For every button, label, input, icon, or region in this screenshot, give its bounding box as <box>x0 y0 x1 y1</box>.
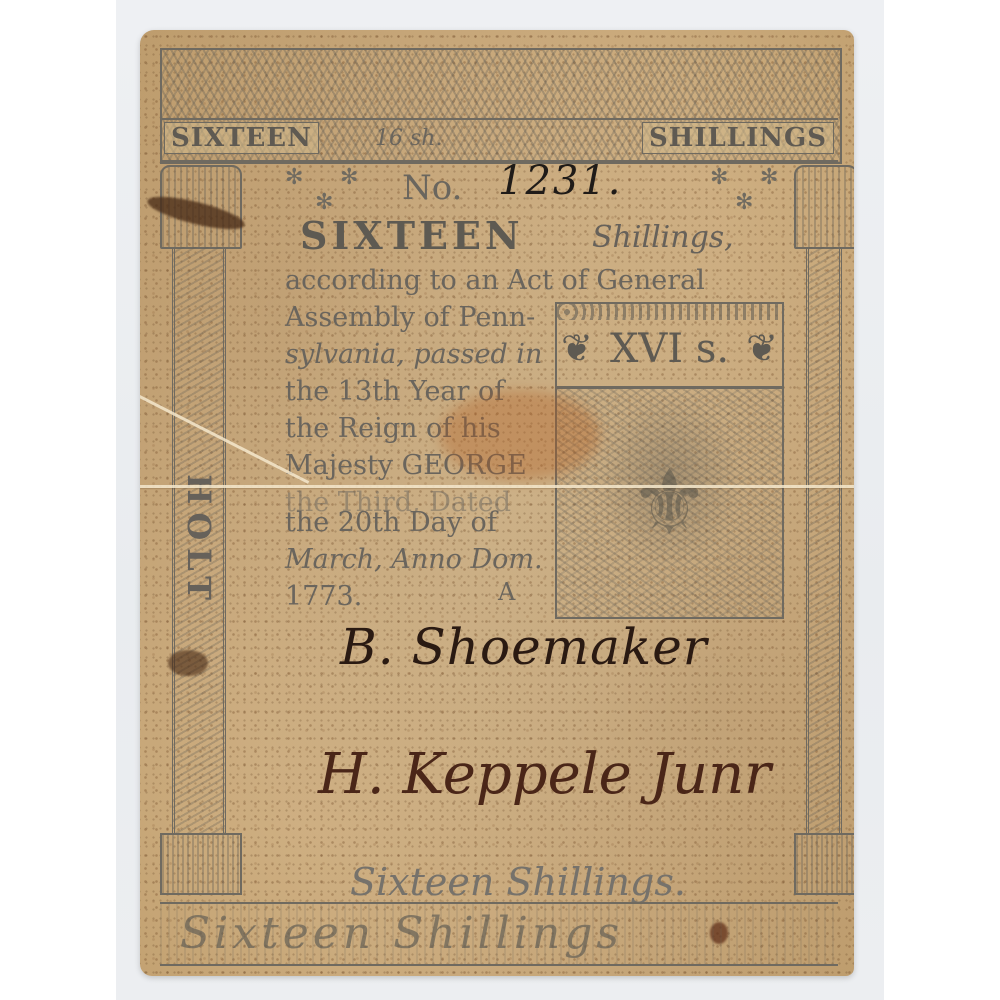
star-ornament-icon: ✻ <box>285 165 303 190</box>
star-ornament-icon: ✻ <box>710 165 728 190</box>
denomination-script: Shillings, <box>592 220 734 255</box>
column-shaft: HOLT <box>172 247 226 835</box>
column-shaft <box>806 247 842 835</box>
fleuron-row-icon <box>557 304 782 320</box>
signature-2: H. Keppele Junr <box>318 742 771 807</box>
rust-stain <box>440 390 600 480</box>
ink-stain <box>168 650 208 676</box>
value-box: ❦ XVI s. ❦ <box>555 302 784 388</box>
horizontal-fold <box>140 485 854 488</box>
left-column: HOLT <box>160 165 238 895</box>
act-text-line: according to an Act of General <box>285 262 805 299</box>
fleuron-icon: ❦ <box>746 326 778 370</box>
column-base-icon <box>160 833 242 895</box>
signature-1: B. Shoemaker <box>340 618 708 676</box>
footer-band-text: Sixteen Shillings <box>180 908 623 959</box>
column-base-icon <box>794 833 854 895</box>
star-ornament-icon: ✻ <box>735 190 753 215</box>
banknote: SIXTEEN 16 sh. SHILLINGS HOLT ✻ ✻ ✻ ✻ ✻ … <box>140 30 854 976</box>
star-ornament-icon: ✻ <box>315 190 333 215</box>
serial-label: No. <box>402 168 462 208</box>
star-ornament-icon: ✻ <box>760 165 778 190</box>
plate-letter: A <box>498 578 515 606</box>
star-ornament-icon: ✻ <box>340 165 358 190</box>
date-line: the 20th Day of <box>285 504 543 541</box>
coat-of-arms-icon: ⚜ <box>629 451 710 556</box>
header-left-word: SIXTEEN <box>164 122 319 154</box>
left-column-text: HOLT <box>180 474 218 608</box>
serial-number: 1231. <box>498 158 623 204</box>
column-capital-icon <box>794 165 854 249</box>
header-middle-text: 16 sh. <box>375 126 442 151</box>
header-right-word: SHILLINGS <box>642 122 834 154</box>
date-line: March, Anno Dom. <box>285 541 543 578</box>
footer-band: Sixteen Shillings <box>160 902 838 966</box>
footer-script-text: Sixteen Shillings. <box>350 860 686 904</box>
denomination-title: SIXTEEN <box>300 213 524 258</box>
